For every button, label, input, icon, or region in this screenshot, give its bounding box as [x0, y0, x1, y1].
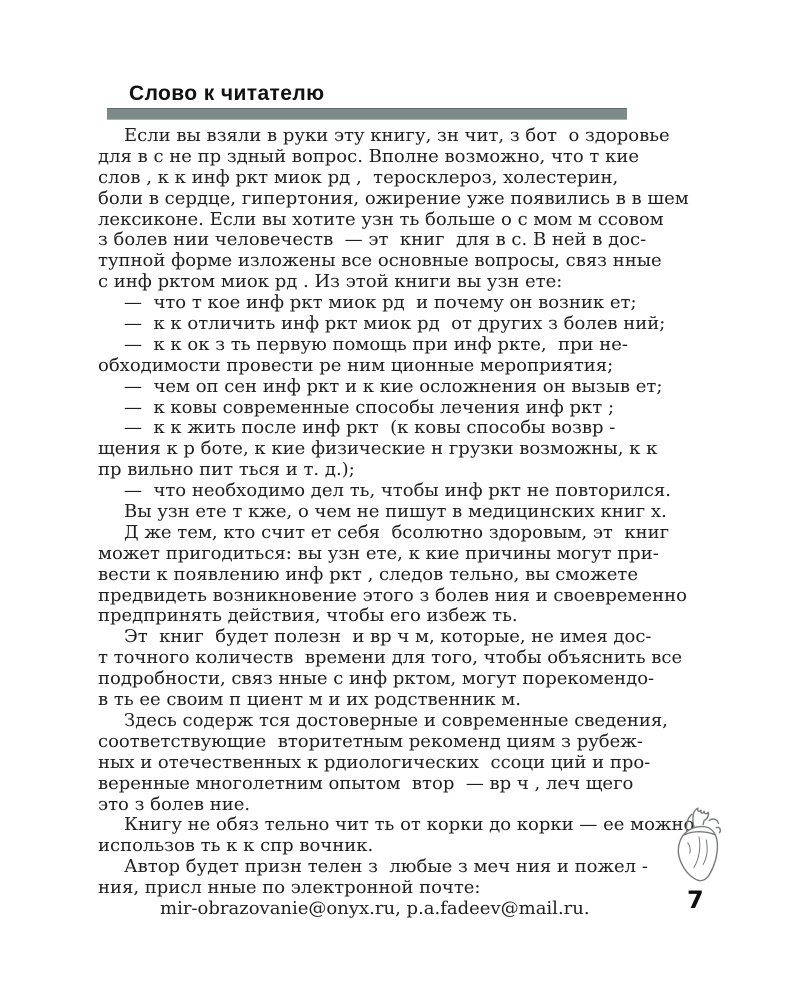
text-line: слов , к к инф ркт миок рд , теросклероз…	[98, 168, 698, 189]
text-line: — к к отличить инф ркт миок рд от других…	[98, 314, 698, 335]
text-line: тупной форме изложены все основные вопро…	[98, 251, 698, 272]
text-line: — к к жить после инф ркт (к ковы способы…	[98, 418, 698, 439]
text-line: веренные многолетним опытом втор — вр ч …	[98, 774, 698, 795]
text-line: лексиконе. Если вы хотите узн ть больше …	[98, 210, 698, 231]
text-line: Вы узн ете т кже, о чем не пишут в медиц…	[98, 502, 698, 523]
text-line: Здесь содерж тся достоверные и современн…	[98, 711, 698, 732]
text-line: Книгу не обяз тельно чит ть от корки до …	[98, 815, 698, 836]
text-line: ния, присл нные по электронной почте:	[98, 878, 698, 899]
text-line: обходимости провести ре ним ционные меро…	[98, 356, 698, 377]
text-line: для в с не пр здный вопрос. Вполне возмо…	[98, 147, 698, 168]
text-line: в ть ее своим п циент м и их родственник…	[98, 690, 698, 711]
text-line: т точного количеств времени для того, чт…	[98, 648, 698, 669]
text-line: соответствующие вторитетным рекоменд ция…	[98, 732, 698, 753]
text-line: с инф рктом миок рд . Из этой книги вы у…	[98, 272, 698, 293]
text-line: ных и отечественных к рдиологических ссо…	[98, 753, 698, 774]
text-line: з болев нии человечеств — эт книг для в …	[98, 230, 698, 251]
text-line: подробности, связ нные с инф рктом, могу…	[98, 669, 698, 690]
heading-rule	[107, 108, 627, 120]
text-block: Если вы взяли в руки эту книгу, зн чит, …	[98, 126, 698, 920]
text-line: предпринять действия, чтобы его избеж ть…	[98, 606, 698, 627]
text-line: — что т кое инф ркт миок рд и почему он …	[98, 293, 698, 314]
text-line: Если вы взяли в руки эту книгу, зн чит, …	[98, 126, 698, 147]
text-line: — что необходимо дел ть, чтобы инф ркт н…	[98, 481, 698, 502]
text-line: может пригодиться: вы узн ете, к кие при…	[98, 544, 698, 565]
text-line: — к к ок з ть первую помощь при инф ркте…	[98, 335, 698, 356]
text-line: Эт книг будет полезн и вр ч м, которые, …	[98, 627, 698, 648]
book-page: Слово к читателю Если вы взяли в руки эт…	[0, 0, 800, 1000]
text-line: mir-obrazovanie@onyx.ru, p.a.fadeev@mail…	[98, 899, 698, 920]
page-heading: Слово к читателю	[129, 82, 324, 106]
text-line: это з болев ние.	[98, 795, 698, 816]
text-line: использов ть к к спр вочник.	[98, 836, 698, 857]
text-line: щения к р боте, к кие физические н грузк…	[98, 439, 698, 460]
page-number: 7	[687, 886, 704, 914]
text-line: Автор будет призн телен з любые з меч ни…	[98, 857, 698, 878]
text-line: боли в сердце, гипертония, ожирение уже …	[98, 189, 698, 210]
text-line: — к ковы современные способы лечения инф…	[98, 398, 698, 419]
anatomical-heart-icon	[672, 802, 726, 886]
text-line: вести к появлению инф ркт , следов тельн…	[98, 565, 698, 586]
text-line: Д же тем, кто счит ет себя бсолютно здор…	[98, 523, 698, 544]
text-line: пр вильно пит ться и т. д.);	[98, 460, 698, 481]
text-line: — чем оп сен инф ркт и к кие осложнения …	[98, 377, 698, 398]
text-line: предвидеть возникновение этого з болев н…	[98, 586, 698, 607]
